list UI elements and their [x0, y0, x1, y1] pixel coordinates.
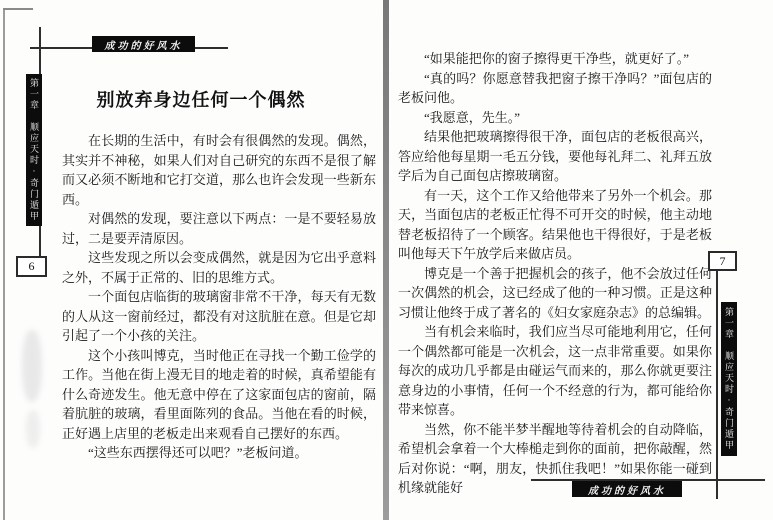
- section-title: 别放弃身边任何一个偶然: [46, 86, 356, 112]
- paragraph: “真的吗？你愿意替我把窗子擦干净吗？”面包店的老板问他。: [398, 69, 712, 108]
- paragraph: 一个面包店临街的玻璃窗非常不干净，每天有无数的人从这一窗前经过，都没有对这肮脏在…: [62, 287, 376, 346]
- paragraph: 在长期的生活中，有时会有很偶然的发现。偶然，其实并不神秘，如果人们对自己研究的东…: [62, 131, 376, 209]
- paragraph: “如果能把你的窗子擦得更干净些，就更好了。”: [398, 49, 712, 69]
- running-head-top: 成功的好风水: [92, 36, 195, 52]
- page-number-left: 6: [16, 256, 47, 277]
- right-page-body: “如果能把你的窗子擦得更干净些，就更好了。” “真的吗？你愿意替我把窗子擦干净吗…: [398, 49, 712, 498]
- ink-bleed-smudge: [26, 410, 40, 448]
- book-scan-spread: { "colors": { "ink": "#161616", "strip_b…: [0, 0, 773, 520]
- right-page-vertical-rule: [716, 270, 718, 499]
- scan-edge-line: [3, 8, 5, 520]
- paragraph: 这些发现之所以会变成偶然，就是因为它出乎意料之外，不属于正常的、旧的思维方式。: [62, 248, 376, 287]
- chapter-tab-right: 第一章 顺应天时·奇门遁甲: [721, 302, 737, 456]
- paragraph: “这些东西摆得还可以吧？”老板问道。: [62, 443, 376, 463]
- paragraph: 对偶然的发现，要注意以下两点：一是不要轻易放过，二是要弄清原因。: [62, 209, 376, 248]
- page-gutter: [383, 0, 389, 520]
- chapter-tab-left: 第一章 顺应天时·奇门遁甲: [26, 74, 42, 226]
- paragraph: 有一天，这个工作又给他带来了另外一个机会。那天，当面包店的老板正忙得不可开交的时…: [398, 186, 712, 264]
- paragraph: 这个小孩叫博克，当时他正在寻找一个勤工俭学的工作。当他在街上漫无目的地走着的时候…: [62, 346, 376, 444]
- ink-bleed-smudge: [22, 330, 42, 402]
- paragraph: 博克是一个善于把握机会的孩子，他不会放过任何一次偶然的机会，这已经成了他的一种习…: [398, 264, 712, 323]
- scan-edge-tick: [3, 8, 33, 10]
- page-number-right: 7: [708, 251, 737, 271]
- paragraph: 当有机会来临时，我们应当尽可能地利用它，任何一个偶然都可能是一次机会，这一点非常…: [398, 322, 712, 420]
- paragraph: 结果他把玻璃擦得很干净，面包店的老板很高兴，答应给他每星期一毛五分钱，要他每礼拜…: [398, 127, 712, 186]
- left-page-body: 在长期的生活中，有时会有很偶然的发现。偶然，其实并不神秘，如果人们对自己研究的东…: [62, 131, 376, 463]
- running-head-bottom: 成功的好风水: [572, 481, 682, 497]
- paragraph: “我愿意，先生。”: [398, 108, 712, 128]
